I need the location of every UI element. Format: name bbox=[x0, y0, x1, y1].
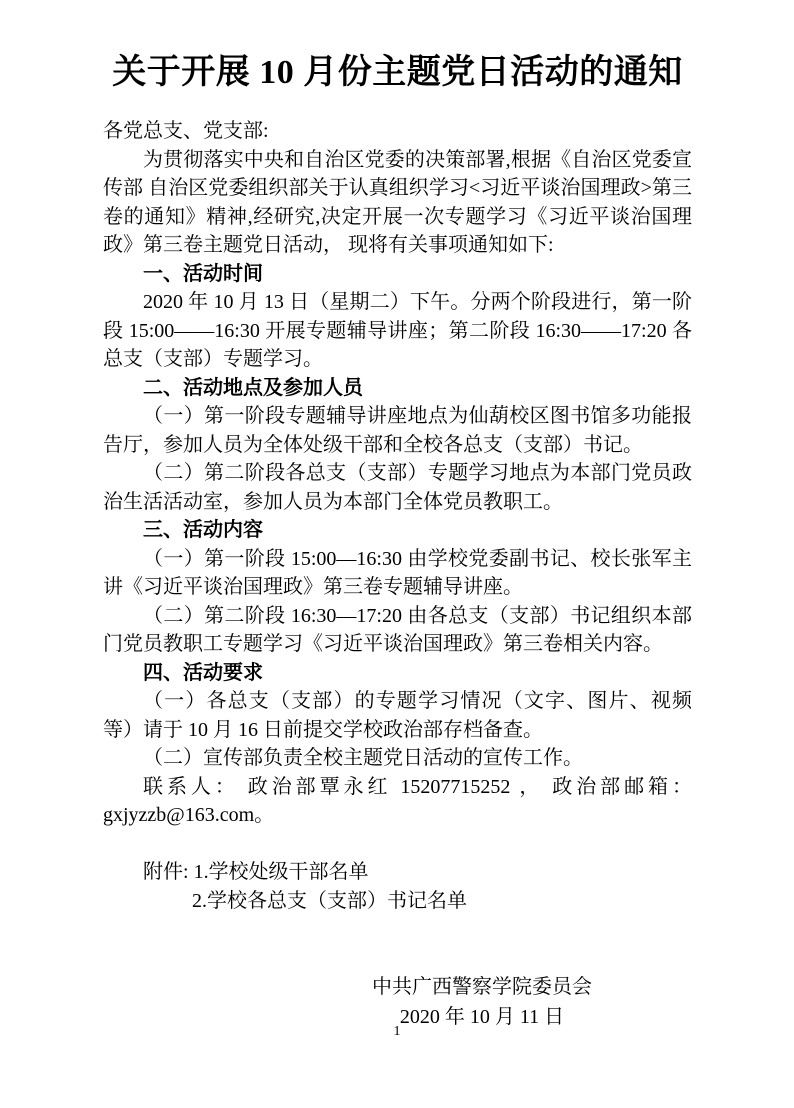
attachments-block: 附件: 1.学校处级干部名单 2.学校各总支（支部）书记名单 bbox=[103, 858, 692, 915]
section-2-paragraph-1: （一）第一阶段专题辅导讲座地点为仙葫校区图书馆多功能报告厅，参加人员为全体处级干… bbox=[103, 402, 692, 459]
document-page: 关于开展 10 月份主题党日活动的通知 各党总支、党支部: 为贯彻落实中央和自治… bbox=[0, 0, 794, 1108]
section-1-paragraph-1: 2020 年 10 月 13 日（星期二）下午。分两个阶段进行，第一阶段 15:… bbox=[103, 288, 692, 374]
document-title: 关于开展 10 月份主题党日活动的通知 bbox=[103, 50, 692, 96]
attachment-item-2: 2.学校各总支（支部）书记名单 bbox=[103, 887, 692, 916]
signature-block: 中共广西警察学院委员会 2020 年 10 月 11 日 bbox=[372, 972, 592, 1032]
section-3-paragraph-2: （二）第二阶段 16:30—17:20 由各总支（支部）书记组织本部门党员教职工… bbox=[103, 602, 692, 659]
section-1-heading: 一、活动时间 bbox=[103, 260, 692, 289]
attachment-item-1: 1.学校处级干部名单 bbox=[194, 861, 369, 883]
section-4-paragraph-2: （二）宣传部负责全校主题党日活动的宣传工作。 bbox=[103, 744, 692, 773]
attachment-line-1: 附件: 1.学校处级干部名单 bbox=[103, 858, 692, 887]
section-3-heading: 三、活动内容 bbox=[103, 516, 692, 545]
section-4-heading: 四、活动要求 bbox=[103, 659, 692, 688]
section-4-paragraph-1: （一）各总支（支部）的专题学习情况（文字、图片、视频等）请于 10 月 16 日… bbox=[103, 687, 692, 744]
intro-paragraph: 为贯彻落实中央和自治区党委的决策部署,根据《自治区党委宣传部 自治区党委组织部关… bbox=[103, 146, 692, 260]
section-3-paragraph-1: （一）第一阶段 15:00—16:30 由学校党委副书记、校长张军主讲《习近平谈… bbox=[103, 545, 692, 602]
page-number: 1 bbox=[0, 1024, 794, 1040]
section-2-heading: 二、活动地点及参加人员 bbox=[103, 374, 692, 403]
section-2-paragraph-2: （二）第二阶段各总支（支部）专题学习地点为本部门党员政治生活活动室，参加人员为本… bbox=[103, 459, 692, 516]
signature-organization: 中共广西警察学院委员会 bbox=[372, 972, 592, 1002]
salutation: 各党总支、党支部: bbox=[103, 117, 692, 146]
attachments-label: 附件: bbox=[143, 861, 189, 883]
contact-line: 联系人： 政治部覃永红 15207715252 ， 政治部邮箱：gxjyzzb@… bbox=[103, 773, 692, 830]
